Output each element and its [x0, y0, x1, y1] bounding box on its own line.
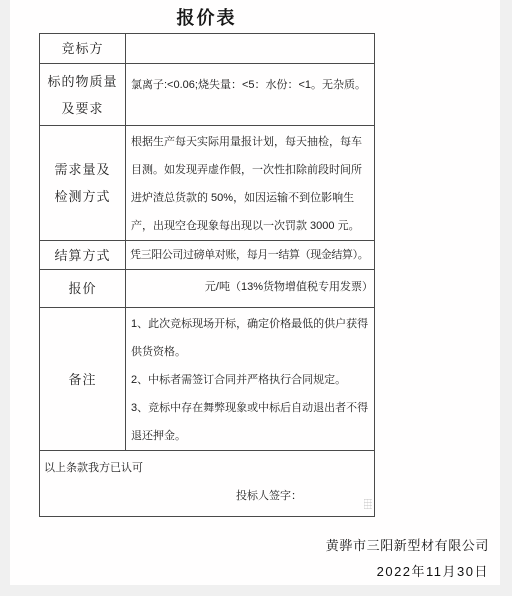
row-label-quotation: 报价: [40, 270, 126, 308]
table-row-bidder: 竞标方: [40, 34, 375, 64]
row-value-quotation: 元/吨（13%货物增值税专用发票）: [126, 270, 375, 308]
table-row-demand-inspection: 需求量及 检测方式 根据生产每天实际用量报计划，每天抽检，每车目测。如发现弄虚作…: [40, 126, 375, 241]
closing-block: 黄骅市三阳新型材有限公司 2022年11月30日: [326, 533, 489, 584]
row-label-subject-quality: 标的物质量 及要求: [40, 64, 126, 126]
table-row-remarks: 备注 1、此次竞标现场开标，确定价格最低的供户获得供货资格。 2、中标者需签订合…: [40, 308, 375, 451]
row-value-subject-quality: 氯离子:<0.06;烧失量：<5：水份：<1。无杂质。: [126, 64, 375, 126]
company-name: 黄骅市三阳新型材有限公司: [326, 533, 489, 559]
document-page: 报价表 竞标方 标的物质量 及要求 氯离子:<0.06;烧失量：<5：水份：<1…: [10, 0, 500, 585]
row-label-demand-inspection: 需求量及 检测方式: [40, 126, 126, 241]
table-row-subject-quality: 标的物质量 及要求 氯离子:<0.06;烧失量：<5：水份：<1。无杂质。: [40, 64, 375, 126]
table-row-acknowledgement: 以上条款我方已认可 投标人签字：: [40, 451, 375, 517]
quotation-table: 竞标方 标的物质量 及要求 氯离子:<0.06;烧失量：<5：水份：<1。无杂质…: [39, 33, 375, 517]
row-label-settlement: 结算方式: [40, 241, 126, 270]
acknowledgement-cell: 以上条款我方已认可 投标人签字：: [40, 451, 375, 517]
table-row-settlement: 结算方式 凭三阳公司过磅单对账，每月一结算（现金结算）。: [40, 241, 375, 270]
smudge-artifact: [364, 499, 372, 509]
row-value-settlement: 凭三阳公司过磅单对账，每月一结算（现金结算）。: [126, 241, 375, 270]
document-title: 报价表: [39, 4, 374, 30]
acknowledgement-text: 以上条款我方已认可: [44, 454, 374, 482]
table-row-quotation: 报价 元/吨（13%货物增值税专用发票）: [40, 270, 375, 308]
row-label-bidder: 竞标方: [40, 34, 126, 64]
signature-label: 投标人签字：: [44, 482, 374, 510]
row-value-bidder: [126, 34, 375, 64]
row-label-remarks: 备注: [40, 308, 126, 451]
document-date: 2022年11月30日: [326, 559, 489, 584]
document-canvas: 报价表 竞标方 标的物质量 及要求 氯离子:<0.06;烧失量：<5：水份：<1…: [0, 0, 512, 596]
row-value-remarks: 1、此次竞标现场开标，确定价格最低的供户获得供货资格。 2、中标者需签订合同并严…: [126, 308, 375, 451]
row-value-demand-inspection: 根据生产每天实际用量报计划，每天抽检，每车目测。如发现弄虚作假，一次性扣除前段时…: [126, 126, 375, 241]
